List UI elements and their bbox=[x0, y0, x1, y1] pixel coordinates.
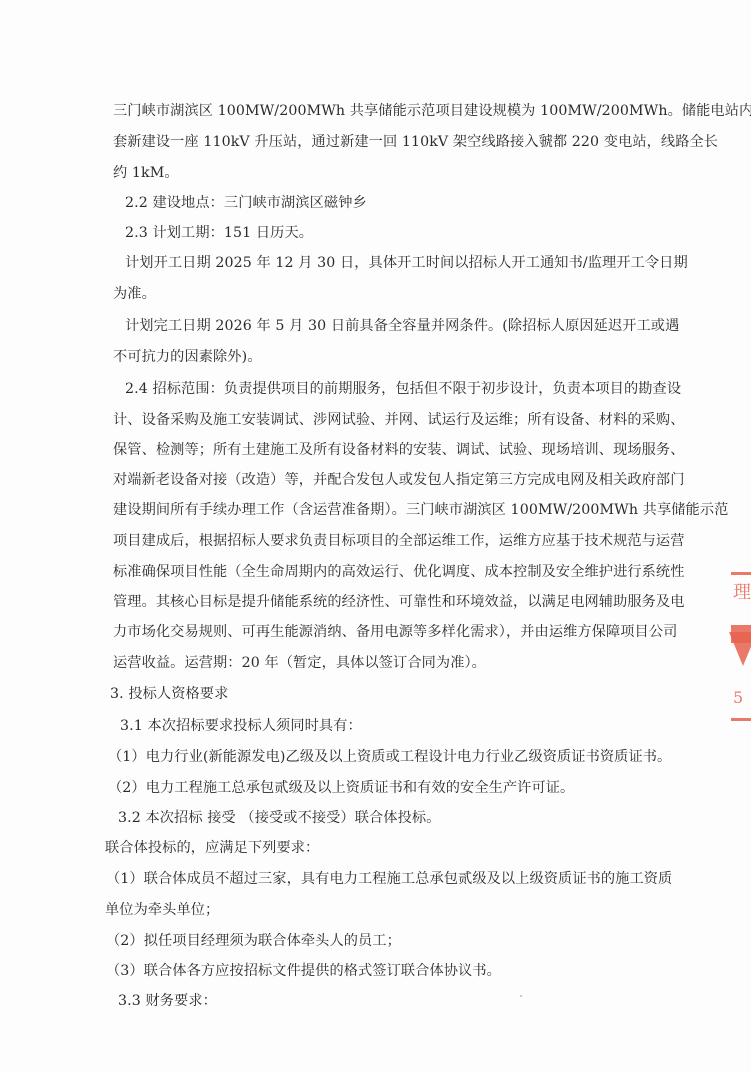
text-line: 力市场化交易规则、可再生能源消纳、备用电源等多样化需求），并由运维方保障项目公司 bbox=[113, 622, 677, 642]
section-3-2: 3.2 本次招标 接受 （接受或不接受）联合体投标。 bbox=[118, 808, 440, 828]
text-line: 套新建设一座 110kV 升压站，通过新建一回 110kV 架空线路接入虢都 2… bbox=[113, 132, 718, 152]
text-line: 单位为牵头单位； bbox=[105, 900, 219, 920]
text-line: 运营收益。运营期：20 年（暂定，具体以签订合同为准）。 bbox=[113, 653, 486, 673]
text-line: 三门峡市湖滨区 100MW/200MWh 共享储能示范项目建设规模为 100MW… bbox=[113, 101, 751, 121]
list-item: （3）联合体各方应按招标文件提供的格式签订联合体协议书。 bbox=[106, 961, 501, 981]
text-line: 计划开工日期 2025 年 12 月 30 日，具体开工时间以招标人开工通知书/… bbox=[125, 253, 688, 273]
text-line: 标准确保项目性能（全生命周期内的高效运行、优化调度、成本控制及安全维护进行系统性 bbox=[113, 562, 685, 582]
text-line: 不可抗力的因素除外)。 bbox=[113, 347, 262, 367]
text-line: 建设期间所有手续办理工作（含运营准备期）。三门峡市湖滨区 100MW/200MW… bbox=[113, 500, 728, 520]
text-line: 对端新老设备对接（改造）等，并配合发包人或发包人指定第三方完成电网及相关政府部门 bbox=[113, 470, 685, 490]
text-line: 项目建成后，根据招标人要求负责目标项目的全部运维工作，运维方应基于技术规范与运营 bbox=[113, 531, 685, 551]
section-2-4-scope: 2.4 招标范围：负责提供项目的前期服务，包括但不限于初步设计，负责本项目的勘查… bbox=[125, 379, 681, 399]
document-page: 三门峡市湖滨区 100MW/200MWh 共享储能示范项目建设规模为 100MW… bbox=[0, 0, 751, 1072]
section-2-3-duration: 2.3 计划工期：151 日历天。 bbox=[125, 223, 313, 243]
list-item: （2）电力工程施工总承包贰级及以上资质证书和有效的安全生产许可证。 bbox=[108, 778, 574, 798]
stamp-star-icon bbox=[729, 632, 751, 666]
text-line: 保管、检测等；所有土建施工及所有设备材料的安装、调试、试验、现场培训、现场服务、 bbox=[113, 440, 685, 460]
stamp-char: 5 bbox=[733, 688, 743, 707]
list-item: （2）拟任项目经理须为联合体牵头人的员工； bbox=[106, 931, 401, 951]
text-line: 为准。 bbox=[113, 284, 156, 304]
stamp-border bbox=[731, 572, 751, 575]
scan-speck bbox=[520, 995, 522, 997]
section-3-1: 3.1 本次招标要求投标人须同时具有： bbox=[120, 716, 362, 736]
text-line: 管理。其核心目标是提升储能系统的经济性、可靠性和环境效益，以满足电网辅助服务及电 bbox=[113, 592, 685, 612]
text-line: 计划完工日期 2026 年 5 月 30 日前具备全容量并网条件。(除招标人原因… bbox=[125, 316, 679, 336]
section-2-2-location: 2.2 建设地点：三门峡市湖滨区磁钟乡 bbox=[125, 193, 367, 213]
text-line: 计、设备采购及施工安装调试、涉网试验、并网、试运行及运维；所有设备、材料的采购、 bbox=[113, 410, 685, 430]
stamp-border bbox=[731, 718, 751, 721]
section-3-3: 3.3 财务要求： bbox=[118, 991, 217, 1011]
section-3-heading: 3. 投标人资格要求 bbox=[110, 684, 228, 704]
red-seal-stamp: 理 5 bbox=[731, 570, 751, 730]
list-item: （1）联合体成员不超过三家，具有电力工程施工总承包贰级及以上级资质证书的施工资质 bbox=[106, 869, 672, 889]
stamp-char: 理 bbox=[733, 578, 751, 604]
text-line: 约 1kM。 bbox=[113, 163, 179, 183]
list-item: （1）电力行业(新能源发电)乙级及以上资质或工程设计电力行业乙级资质证书资质证书… bbox=[108, 747, 671, 767]
text-line: 联合体投标的，应满足下列要求： bbox=[105, 838, 319, 858]
